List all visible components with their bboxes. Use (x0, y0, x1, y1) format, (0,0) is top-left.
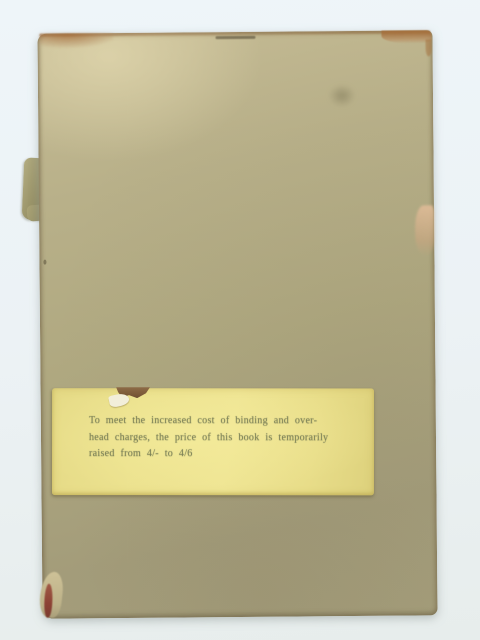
price-label-line-1: To meet the increased cost of binding an… (89, 413, 351, 430)
photo-background: To meet the increased cost of binding an… (0, 0, 480, 640)
label-tear-paper-chip (108, 392, 130, 408)
left-edge-speck (43, 260, 46, 265)
price-label-text: To meet the increased cost of binding an… (89, 413, 351, 463)
price-label-line-2: head charges, the price of this book is … (89, 430, 351, 447)
round-smudge-mark (326, 82, 358, 109)
price-label-line-3: raised from 4/- to 4/6 (89, 446, 351, 463)
book-back-cover: To meet the increased cost of binding an… (37, 30, 437, 618)
right-edge-worn-patch (415, 205, 434, 255)
top-left-stain (39, 33, 113, 52)
top-right-stain-drip (426, 39, 432, 56)
top-edge-dark-streak (215, 36, 255, 39)
price-label: To meet the increased cost of binding an… (52, 388, 374, 495)
top-right-stain (381, 30, 431, 43)
